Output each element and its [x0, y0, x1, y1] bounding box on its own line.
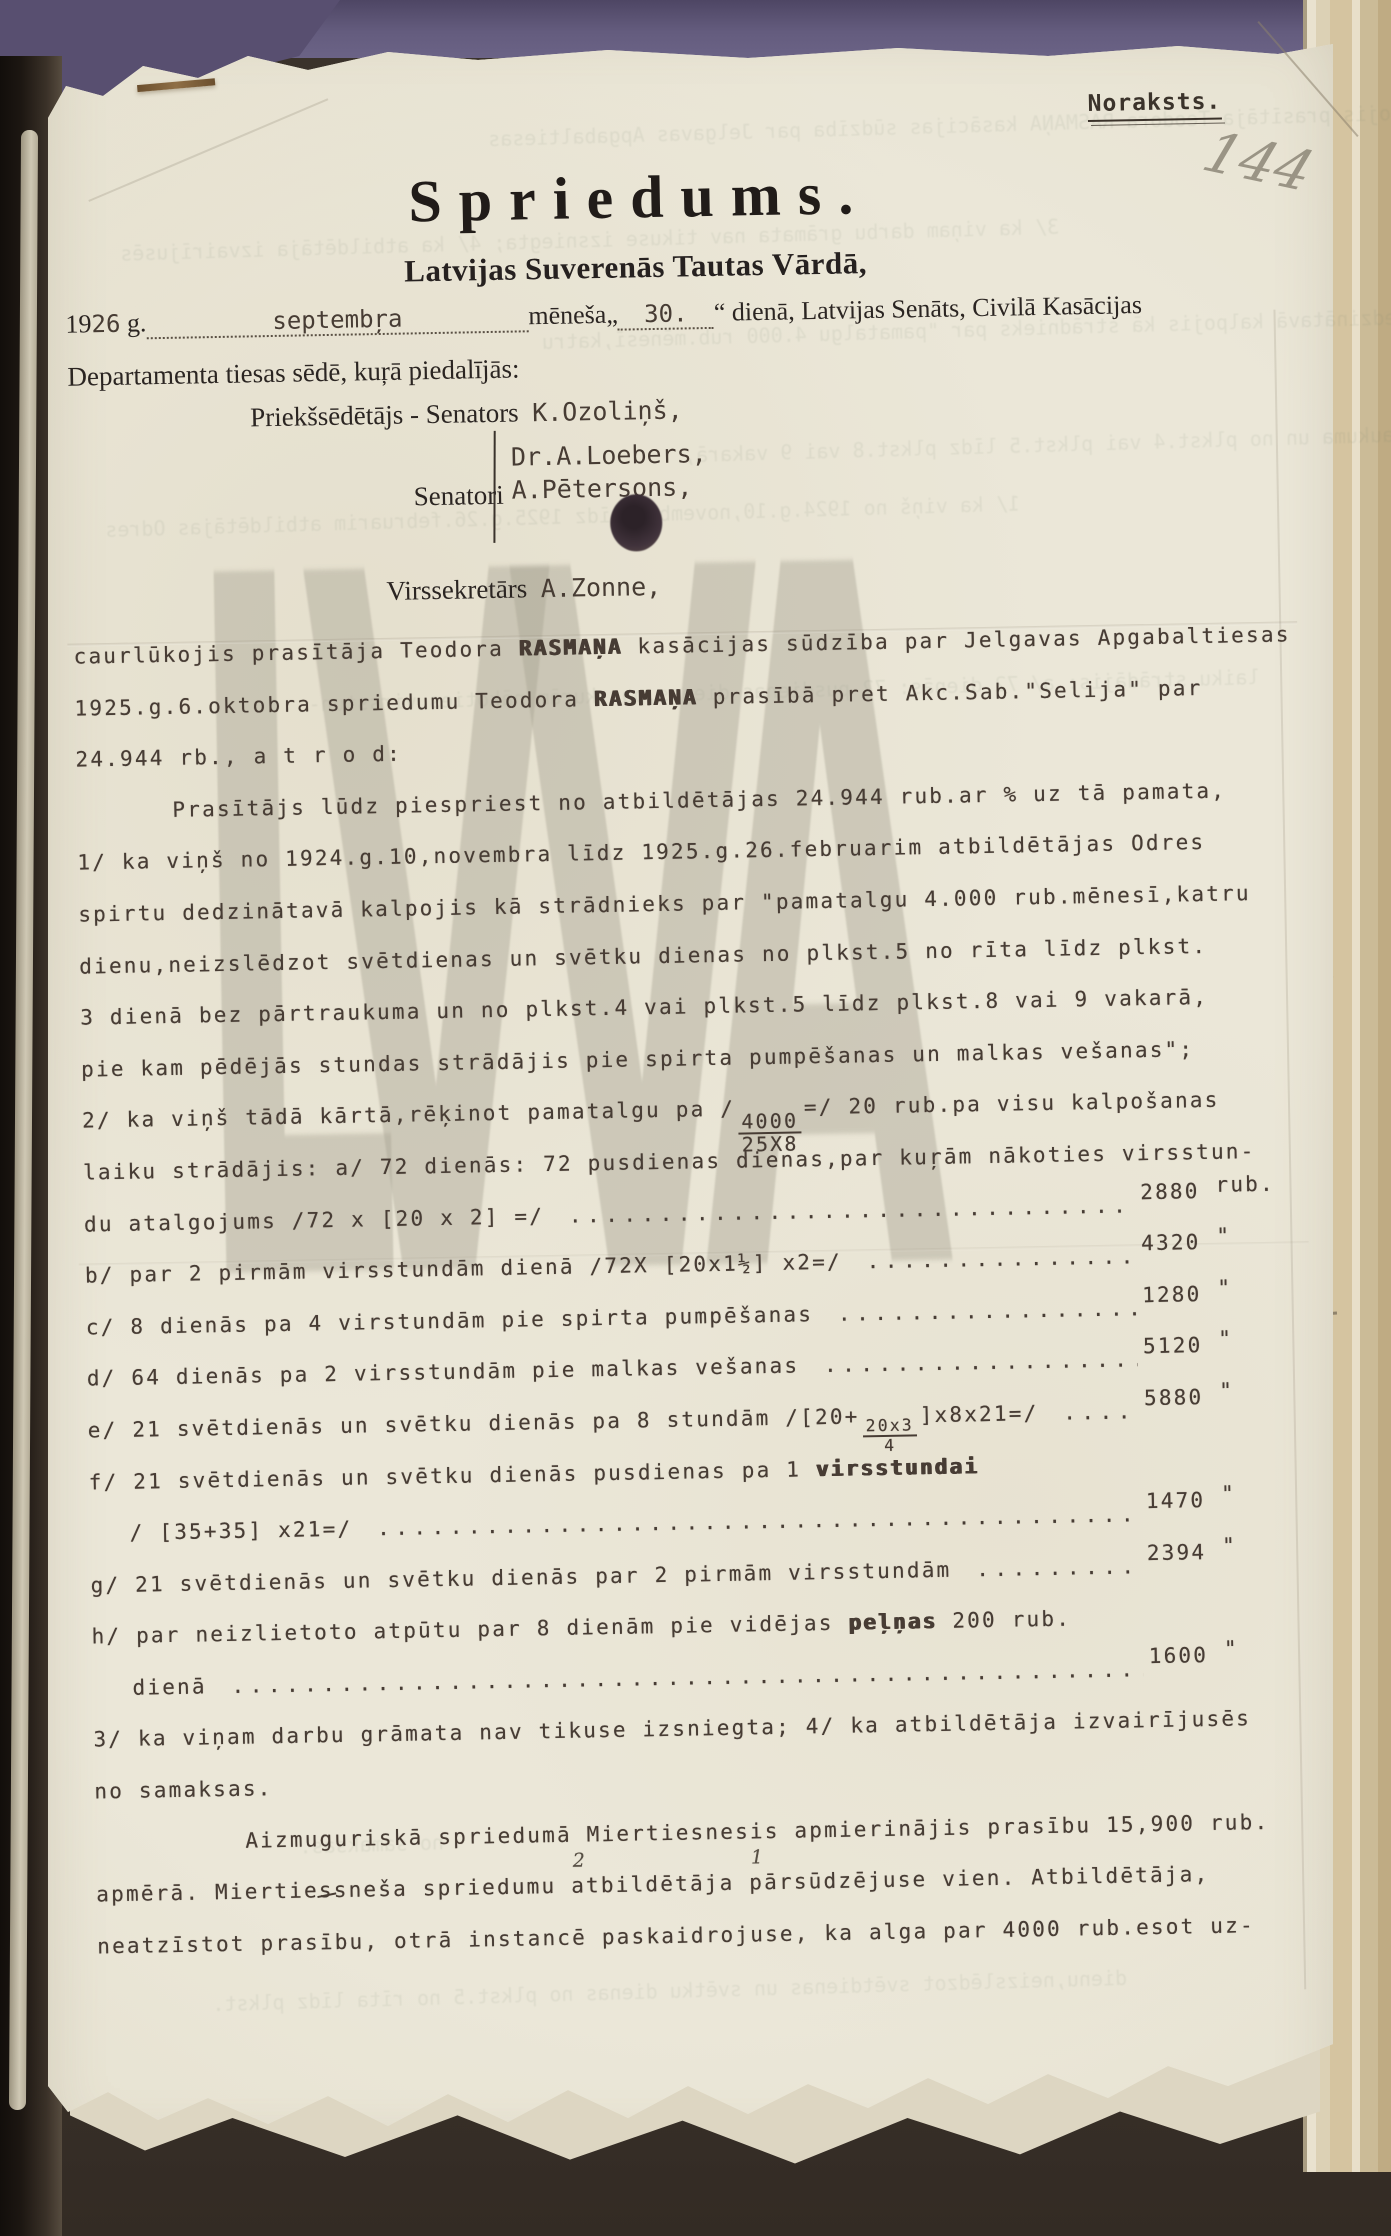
chairman-label: Priekšsēdētājs - Senators [250, 397, 519, 432]
date-tail: dienā, Latvijas Senāts, Civilā Kasācijas [725, 290, 1142, 328]
amount-unit: " [1222, 1519, 1281, 1572]
secretary-name: A.Zonne, [540, 572, 661, 603]
secretary-row: Virssekretārs A.Zonne, [386, 571, 661, 607]
year-printed: 19 [65, 309, 92, 339]
amount-unit: " [1217, 1261, 1276, 1314]
day-blank: 30. [618, 299, 715, 331]
senator-name: A.Pētersons, [511, 472, 692, 504]
amount-value: 2880 [1140, 1166, 1200, 1219]
document-content: dienu,neizslēdzot svētdienas un svētku d… [56, 0, 1377, 2236]
amount-value: 5120 [1143, 1320, 1203, 1373]
amount-unit: rub. [1215, 1158, 1274, 1211]
dotted-leader: ........................................… [866, 1231, 1136, 1288]
month-blank: septembŗa [146, 302, 528, 339]
spacer [527, 573, 541, 603]
dotted-leader: ........................................… [837, 1283, 1136, 1340]
amount-value: 1600 [1148, 1630, 1208, 1683]
amount-value: 1470 [1145, 1475, 1205, 1528]
dotted-leader: ........................................… [976, 1541, 1142, 1596]
senator-name: Dr.A.Loebers, [511, 439, 707, 472]
spacer [518, 397, 532, 427]
amount-value: 1280 [1142, 1269, 1202, 1322]
amount-unit: " [1219, 1365, 1278, 1418]
month-typed: septembŗa [272, 305, 403, 335]
amount-unit: " [1218, 1313, 1277, 1366]
staple-mark [137, 78, 215, 92]
amount-unit: " [1224, 1623, 1283, 1676]
amount-unit: " [1216, 1210, 1275, 1263]
month-label: mēneša [528, 300, 607, 331]
inline-fraction: 400025X8 [738, 1111, 802, 1154]
amount-value: 5880 [1144, 1372, 1204, 1425]
amount-value: 4320 [1141, 1217, 1201, 1270]
typed-body-text: caurlūkojis prasītāja Teodora RASMAŅA ka… [73, 610, 1287, 1973]
day-typed: 30. [644, 299, 688, 328]
dotted-leader: ........................................… [1063, 1386, 1139, 1439]
close-quote: “ [714, 298, 726, 328]
inline-fraction: 20x34 [863, 1417, 918, 1453]
secretary-label: Virssekretārs [386, 573, 527, 606]
year-g: g. [127, 308, 147, 338]
amount-value: 2394 [1146, 1527, 1206, 1580]
scanned-document-page: { "colors": { "paper": "#e9e5d6", "typew… [0, 0, 1391, 2236]
senators-label: Senatori [413, 480, 504, 513]
year-typed: 26 [91, 310, 120, 339]
bleed-through-ghost-text: dienu,neizslēdzot svētdienas un svētku d… [212, 1966, 1127, 2016]
amount-unit: " [1221, 1468, 1280, 1521]
copy-annotation: Noraksts. [1087, 89, 1221, 122]
open-quote: „ [606, 300, 618, 330]
chairman-name: K.Ozoliņš, [532, 395, 683, 427]
dotted-leader: ........................................… [824, 1335, 1138, 1392]
